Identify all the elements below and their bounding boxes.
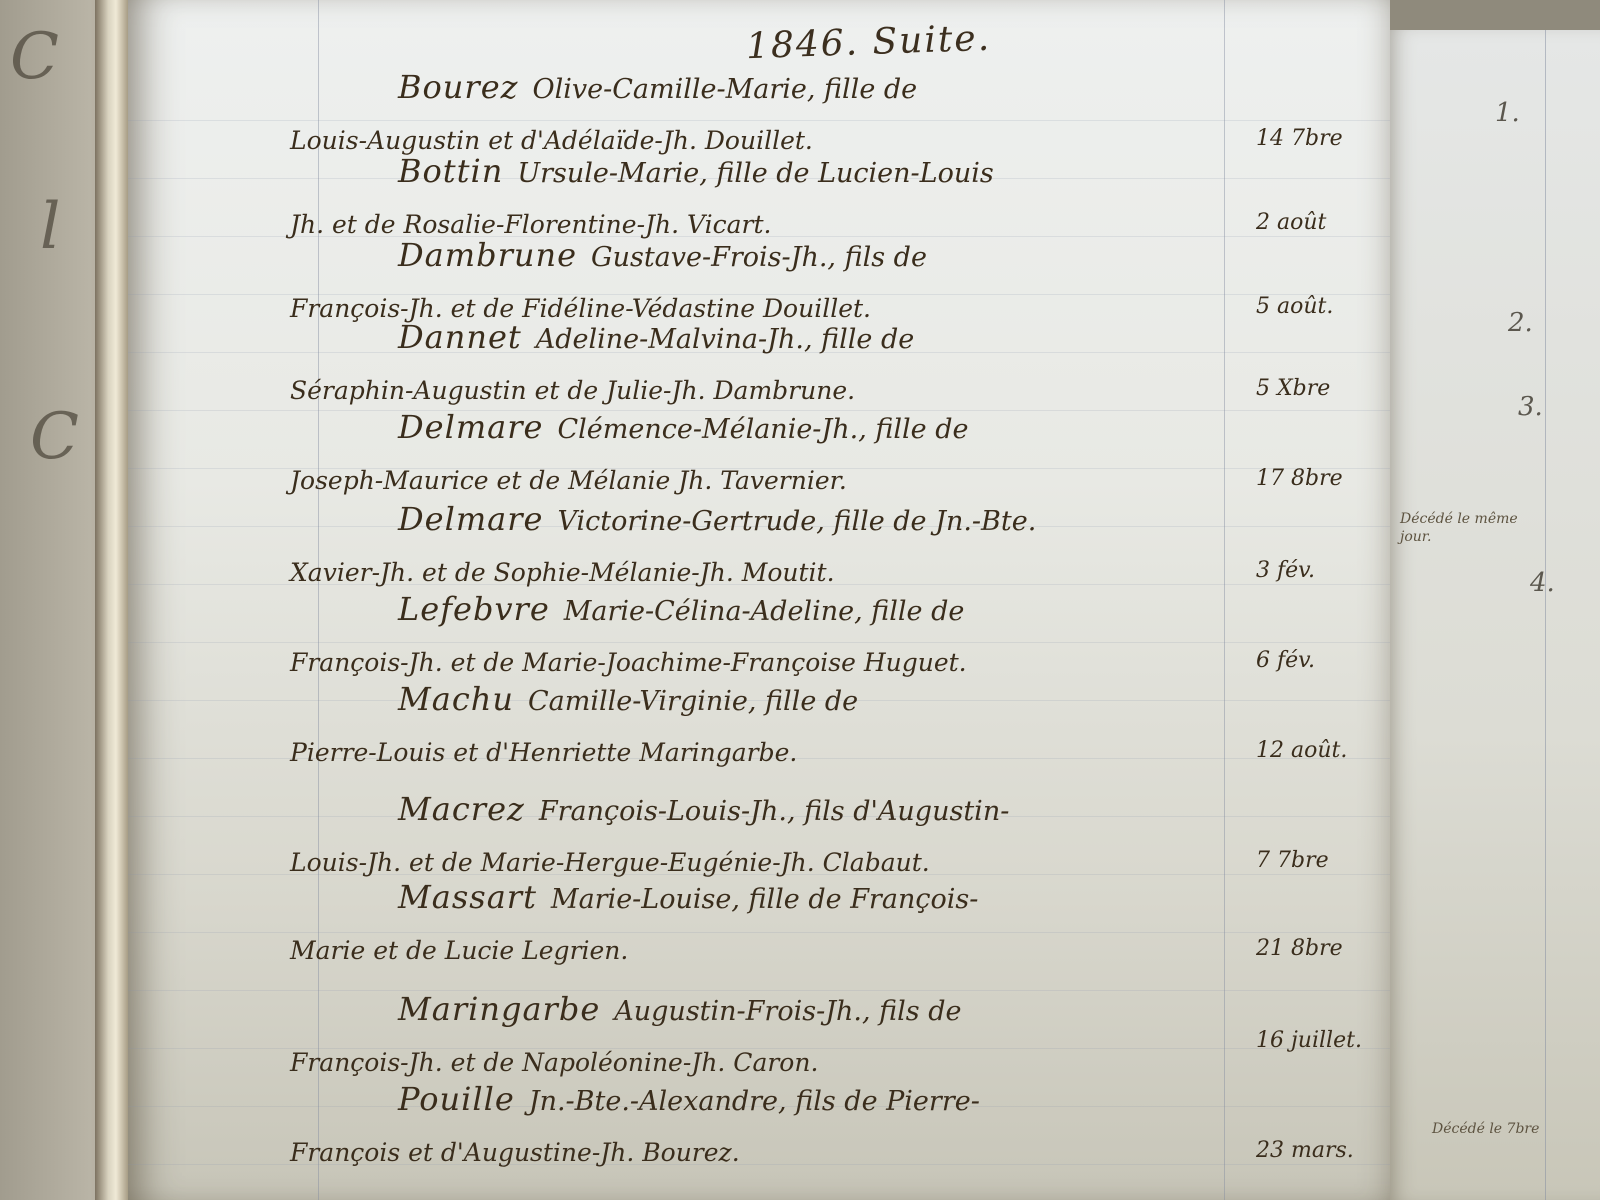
entry-parents: Louis-Augustin et d'Adélaïde-Jh. Douille… [290, 126, 813, 155]
entry-surname: Maringarbe [398, 990, 600, 1028]
entry-date: 12 août. [1256, 738, 1347, 763]
entry-surname: Machu [398, 680, 514, 718]
margin-note-deceased: Décédé le même jour. [1400, 510, 1540, 546]
entry-surname: Delmare [398, 408, 543, 446]
entry-date: 2 août [1256, 210, 1326, 235]
entry-date: 21 8bre [1256, 936, 1343, 961]
entry-parents: François et d'Augustine-Jh. Bourez. [290, 1138, 740, 1167]
entry-date: 6 fév. [1256, 648, 1315, 673]
entry-parents: Louis-Jh. et de Marie-Hergue-Eugénie-Jh.… [290, 848, 930, 877]
entry-parents: Jh. et de Rosalie-Florentine-Jh. Vicart. [290, 210, 772, 239]
entry-surname: Bottin [398, 152, 503, 190]
entry-surname: Massart [398, 878, 537, 916]
entry-date: 5 août. [1256, 294, 1333, 319]
entry-parents: Xavier-Jh. et de Sophie-Mélanie-Jh. Mout… [290, 558, 835, 587]
entry-surname: Dambrune [398, 236, 577, 274]
entry-date: 17 8bre [1256, 466, 1343, 491]
facing-page: 1. 2. 3. 4. [1390, 30, 1600, 1200]
register-page: 1846. Suite. BourezOlive-Camille-Marie, … [128, 0, 1390, 1200]
entry-date: 3 fév. [1256, 558, 1315, 583]
entry-given-names: Ursule-Marie, fille de Lucien-Louis [517, 158, 993, 189]
underlying-script-fragment: l [40, 190, 60, 264]
facing-page-number: 3. [1518, 392, 1543, 422]
entry-parents: François-Jh. et de Marie-Joachime-Franço… [290, 648, 967, 677]
entry-date: 5 Xbre [1256, 376, 1330, 401]
entry-surname: Bourez [398, 68, 518, 106]
underlying-script-fragment: C [10, 20, 59, 94]
entry-parents: François-Jh. et de Napoléonine-Jh. Caron… [290, 1048, 818, 1077]
facing-page-number: 4. [1530, 568, 1555, 598]
entry-date: 23 mars. [1256, 1138, 1354, 1163]
entry-parents: Pierre-Louis et d'Henriette Maringarbe. [290, 738, 797, 767]
entry-surname: Macrez [398, 790, 525, 828]
facing-page-number: 2. [1508, 308, 1533, 338]
entry-given-names: Camille-Virginie, fille de [528, 686, 858, 717]
entry-surname: Pouille [398, 1080, 515, 1118]
entry-given-names: Augustin-Frois-Jh., fils de [614, 996, 961, 1027]
margin-note-deceased: Décédé le 7bre [1432, 1120, 1582, 1138]
date-column-rule [1224, 0, 1225, 1200]
entry-given-names: Marie-Louise, fille de François- [551, 884, 978, 915]
entry-given-names: Jn.-Bte.-Alexandre, fils de Pierre- [529, 1086, 980, 1117]
entry-given-names: Olive-Camille-Marie, fille de [532, 74, 917, 105]
facing-page-number: 1. [1495, 98, 1520, 128]
entry-given-names: Gustave-Frois-Jh., fils de [591, 242, 927, 273]
entry-given-names: Marie-Célina-Adeline, fille de [564, 596, 965, 627]
entry-parents: Séraphin-Augustin et de Julie-Jh. Dambru… [290, 376, 855, 405]
entry-date: 16 juillet. [1256, 1028, 1362, 1053]
entry-given-names: Victorine-Gertrude, fille de Jn.-Bte. [557, 506, 1036, 537]
entry-parents: Marie et de Lucie Legrien. [290, 936, 628, 965]
entry-given-names: Clémence-Mélanie-Jh., fille de [557, 414, 968, 445]
entry-given-names: François-Louis-Jh., fils d'Augustin- [539, 796, 1009, 827]
left-margin-rule [318, 0, 319, 1200]
entry-given-names: Adeline-Malvina-Jh., fille de [536, 324, 914, 355]
underlying-script-fragment: C [30, 400, 79, 474]
entry-date: 14 7bre [1256, 126, 1343, 151]
entry-surname: Dannet [398, 318, 522, 356]
entry-surname: Delmare [398, 500, 543, 538]
entry-surname: Lefebvre [398, 590, 550, 628]
page-heading: 1846. Suite. [745, 18, 991, 68]
entry-date: 7 7bre [1256, 848, 1329, 873]
entry-parents: Joseph-Maurice et de Mélanie Jh. Taverni… [290, 466, 847, 495]
